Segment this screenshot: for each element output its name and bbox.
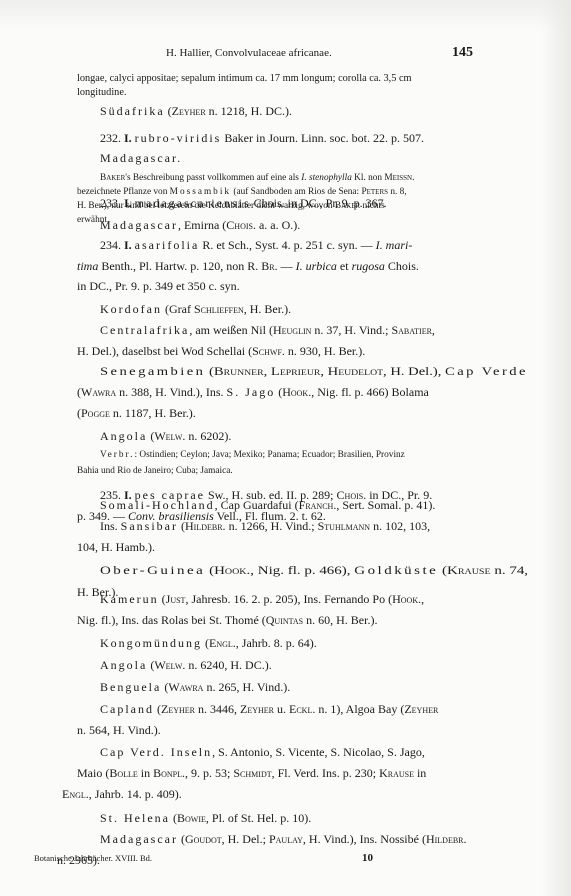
- text-line: Angola (Welw. n. 6202).: [100, 429, 231, 444]
- page-number: 145: [452, 45, 473, 61]
- text-line: Südafrika (Zeyher n. 1218, H. DC.).: [100, 104, 292, 119]
- footer-signature: 10: [362, 852, 373, 864]
- text-line: Cap Verd. Inseln, S. Antonio, S. Vicente…: [100, 745, 425, 760]
- text-line: Ober-Guinea (Hook., Nig. fl. p. 466), Go…: [100, 563, 528, 578]
- text-line: Somali-Hochland, Cap Guardafui (Franch.,…: [100, 498, 435, 513]
- text-line: Maio (Bolle in Bonpl., 9. p. 53; Schmidt…: [77, 766, 426, 781]
- text-line: H. Del.), daselbst bei Wod Schellai (Sch…: [77, 344, 365, 359]
- text-line: Centralafrika, am weißen Nil (Heuglin n.…: [100, 323, 435, 338]
- scan-shadow-top: [0, 0, 571, 30]
- text-line: 104, H. Hamb.).: [77, 540, 155, 555]
- text-line: 232. I. rubro-viridis Baker in Journ. Li…: [100, 131, 424, 146]
- text-line: Angola (Welw. n. 6240, H. DC.).: [100, 658, 272, 673]
- text-line: longitudine.: [77, 87, 126, 98]
- text-line: Baker's Beschreibung passt vollkommen au…: [100, 173, 414, 183]
- text-line: 233. I. madagascariensis Chois. in DC., …: [100, 196, 387, 211]
- text-line: Nig. fl.), Ins. das Rolas bei St. Thomé …: [77, 613, 377, 628]
- text-line: tima Benth., Pl. Hartw. p. 120, non R. B…: [77, 259, 419, 274]
- running-title: H. Hallier, Convolvulaceae africanae.: [166, 47, 332, 59]
- text-line: Bahia und Rio de Janeiro; Cuba; Jamaica.: [77, 466, 233, 476]
- text-line: Kordofan (Graf Schlieffen, H. Ber.).: [100, 302, 291, 317]
- text-line: Madagascar.: [100, 151, 182, 166]
- text-line: Benguela (Wawra n. 265, H. Vind.).: [100, 680, 290, 695]
- text-line: Madagascar, Emirna (Chois. a. a. O.).: [100, 218, 300, 233]
- text-line: (Pogge n. 1187, H. Ber.).: [77, 406, 196, 421]
- text-line: Capland (Zeyher n. 3446, Zeyher u. Eckl.…: [100, 702, 438, 717]
- footer-journal: Botanische Jahrbücher. XVIII. Bd.: [34, 853, 152, 863]
- text-line: Kamerun (Just, Jahresb. 16. 2. p. 205), …: [100, 592, 424, 607]
- text-line: longae, calyci appositae; sepalum intimu…: [77, 73, 412, 84]
- text-line: 234. I. asarifolia R. et Sch., Syst. 4. …: [100, 238, 412, 253]
- text-line: Ins. Sansibar (Hildebr. n. 1266, H. Vind…: [100, 519, 430, 534]
- text-line: Engl., Jahrb. 14. p. 409).: [62, 787, 182, 802]
- scan-shadow-right: [541, 0, 571, 896]
- text-line: St. Helena (Bowie, Pl. of St. Hel. p. 10…: [100, 811, 311, 826]
- text-line: n. 564, H. Vind.).: [77, 723, 161, 738]
- text-line: (Wawra n. 388, H. Vind.), Ins. S. Jago (…: [77, 385, 429, 400]
- text-line: Verbr.: Ostindien; Ceylon; Java; Mexiko;…: [100, 450, 405, 460]
- text-line: Madagascar (Goudot, H. Del.; Paulay, H. …: [100, 832, 467, 847]
- text-line: Kongomündung (Engl., Jahrb. 8. p. 64).: [100, 636, 317, 651]
- text-line: in DC., Pr. 9. p. 349 et 350 c. syn.: [77, 279, 240, 294]
- text-line: Senegambien (Brunner, Leprieur, Heudelot…: [100, 364, 528, 379]
